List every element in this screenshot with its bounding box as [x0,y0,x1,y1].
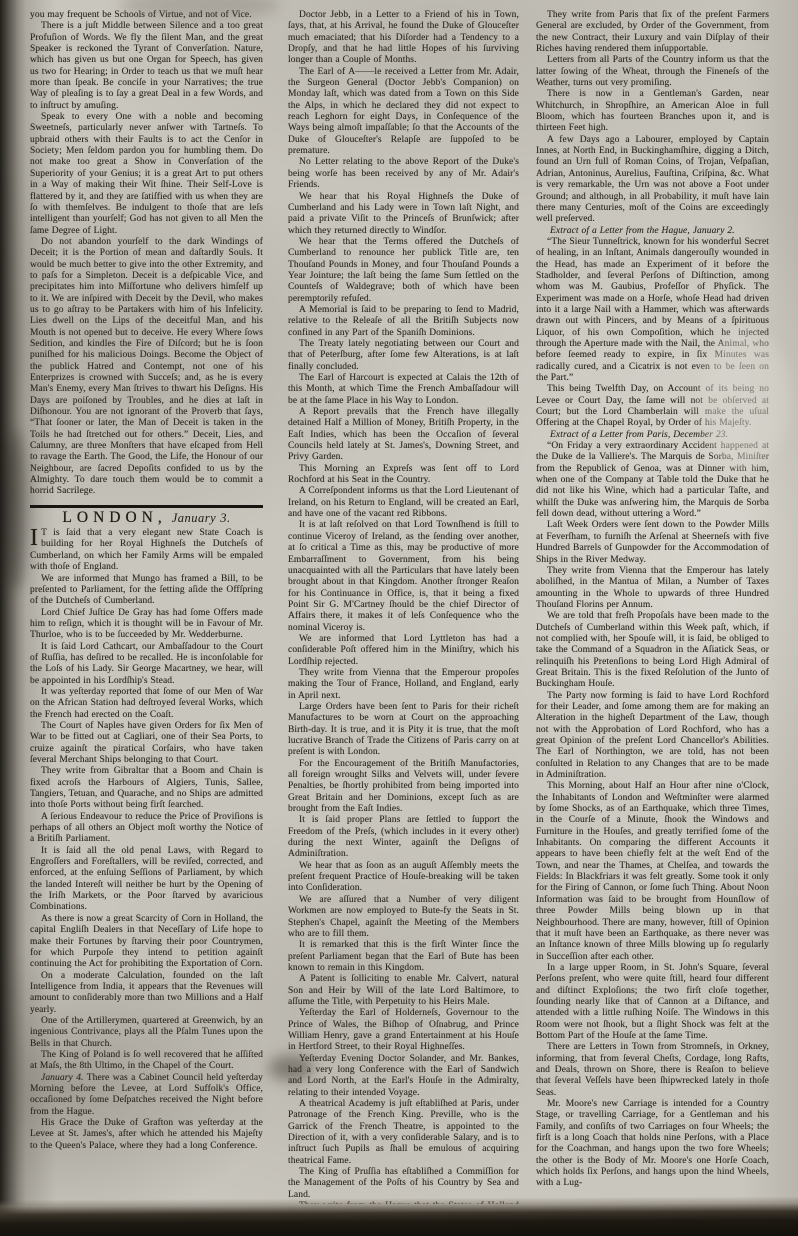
paragraph: you may frequent be Schools of Virtue, a… [30,10,263,21]
paragraph: Do not abandon yourſelf to the dark Wind… [30,237,263,498]
paragraph: Letters from all Parts of the Country in… [536,55,769,89]
paragraph: We are informed that Mungo has framed a … [30,574,263,608]
paragraph: We hear that his Royal Highneſs the Duke… [288,192,519,237]
paragraph: This being Twelfth Day, on Account of it… [536,384,769,429]
paragraph: They write from the Hague that the State… [288,1201,519,1204]
drop-cap: I [30,528,41,548]
paragraph: The Earl of A——le received a Letter from… [288,67,519,158]
paragraph: Yeſterday Evening Doctor Solander, and M… [288,1054,519,1099]
paragraph: One of the Artillerymen, quartered at Gr… [30,1016,263,1050]
letter-extract-heading: Extract of a Letter from the Hague, Janu… [536,226,769,237]
column-3: They write from Paris that ſix of the pr… [536,10,769,1204]
paragraph: We are told that freſh Propoſals have be… [536,611,769,690]
paragraph: The Earl of Harcourt is expected at Cala… [288,373,519,407]
paragraph: His Grace the Duke of Grafton was yeſter… [30,1118,263,1152]
paragraph: It is at laſt reſolved on that Lord Town… [288,520,519,633]
section-city: LONDON, [62,509,166,526]
letter-extract-heading: Extract of a Letter from Paris, December… [536,430,769,441]
paragraph: This Morning, about Half an Hour after n… [536,781,769,963]
paragraph: Doctor Jebb, in a Letter to a Friend of … [288,10,519,67]
binding-shadow [0,0,26,1236]
paragraph: No Letter relating to the above Report o… [288,157,519,191]
paragraph: On a moderate Calculation, founded on th… [30,971,263,1016]
paragraph: “The Sieur Tunneſtrick, known for his wo… [536,237,769,384]
paragraph: They write from Gibraltar that a Boom an… [30,766,263,811]
paragraph: They write from Paris that ſix of the pr… [536,10,769,55]
paragraph: There are Letters in Town from Stromneſs… [536,1042,769,1099]
section-date: January 3. [172,511,231,525]
paragraph: The Court of Naples have given Orders fo… [30,721,263,766]
paragraph: The King of Poland is ſo well recovered … [30,1050,263,1073]
paragraph: A Patent is ſolliciting to enable Mr. Ca… [288,974,519,1008]
paragraph: There is now in a Gentleman's Garden, ne… [536,89,769,134]
paragraph: “On Friday a very extraordinary Accident… [536,441,769,520]
paragraph: A Report prevails that the French have i… [288,407,519,464]
paragraph: In a large upper Room, in St. John's Squ… [536,963,769,1042]
paragraph: A theatrical Academy is juſt eſtabliſhed… [288,1099,519,1167]
paragraph: It is remarked that this is the firſt Wi… [288,940,519,974]
paragraph: It is ſaid all the old penal Laws, with … [30,846,263,914]
paragraph: There is a juſt Middle between Silence a… [30,21,263,112]
column-2: Doctor Jebb, in a Letter to a Friend of … [288,10,519,1204]
paragraph: A Memorial is ſaid to be preparing to ſe… [288,305,519,339]
paragraph: A Correſpondent informs us that the Lord… [288,486,519,520]
paragraph: A ſerious Endeavour to reduce the Price … [30,812,263,846]
paragraph: It was yeſterday reported that ſome of o… [30,687,263,721]
paragraph: The King of Pruſſia has eſtabliſhed a Co… [288,1167,519,1201]
paragraph: We are aſſured that a Number of very dil… [288,895,519,940]
paragraph: They write from Vienna that the Emperour… [536,566,769,611]
paragraph: We hear that as ſoon as an auguſt Aſſemb… [288,861,519,895]
paragraph: Yeſterday the Earl of Holderneſs, Govern… [288,1008,519,1053]
paragraph: This Morning an Expreſs was ſent off to … [288,464,519,487]
paragraph: January 4. There was a Cabinet Council h… [30,1073,263,1118]
section-heading: LONDON,January 3. [30,512,263,526]
section-divider [30,505,263,508]
paragraph: We are informed that Lord Lyttleton has … [288,634,519,668]
paragraph: It is ſaid Lord Cathcart, our Ambaſſadou… [30,642,263,687]
paragraph-date-lead: January 4. [41,1073,84,1083]
paragraph: Lord Chief Juſtice De Gray has had ſome … [30,608,263,642]
newspaper-page: you may frequent be Schools of Virtue, a… [0,0,798,1236]
paragraph: IT is ſaid that a very elegant new State… [30,528,263,573]
paragraph: We hear that the Terms offered the Dutch… [288,237,519,305]
paragraph: As there is now a great Scarcity of Corn… [30,914,263,971]
paragraph: The Party now forming is ſaid to have Lo… [536,691,769,782]
paragraph: Laſt Week Orders were ſent down to the P… [536,520,769,565]
paragraph: Speak to every One with a noble and beco… [30,112,263,237]
paragraph: They write from Vienna that the Emperour… [288,668,519,702]
paragraph: A few Days ago a Labourer, employed by C… [536,135,769,226]
paragraph: Large Orders have been ſent to Paris for… [288,702,519,759]
paragraph: It is ſaid proper Plans are ſettled to ſ… [288,815,519,860]
paragraph: The Treaty lately negotiating between ou… [288,339,519,373]
column-1: you may frequent be Schools of Virtue, a… [30,10,263,1204]
paper-stain [2,430,28,590]
paragraph: For the Encouragement of the Britiſh Man… [288,759,519,816]
paragraph: Mr. Moore's new Carriage is intended for… [536,1099,769,1190]
